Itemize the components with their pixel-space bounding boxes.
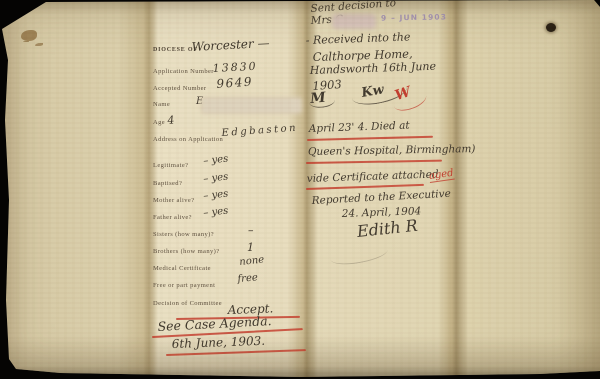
form-label-baptised: Baptised? xyxy=(153,180,182,187)
form-value-baptised: – yes xyxy=(203,171,229,185)
addressee-redaction xyxy=(334,16,374,27)
form-value-accepted-number: 9649 xyxy=(216,74,253,91)
red-underline xyxy=(306,160,442,164)
red-margin-note: aged xyxy=(428,168,454,183)
form-value-payment: free xyxy=(237,272,258,285)
form-label-legitimate: Legitimate? xyxy=(153,162,188,169)
form-value-medical-certificate: none xyxy=(239,254,265,268)
diocese-value: Worcester — xyxy=(191,36,270,54)
death-note-line-3: vide Certificate attached xyxy=(307,168,439,185)
form-label-father-alive: Father alive? xyxy=(153,214,192,221)
form-label-medical-certificate: Medical Certificate xyxy=(153,265,211,272)
signature: Edith R xyxy=(356,216,419,241)
punch-hole xyxy=(546,23,556,32)
paper-sheet: Diocese of Worcester — Application Numbe… xyxy=(0,0,600,379)
form-value-brothers: 1 xyxy=(247,241,254,254)
form-label-age: Age xyxy=(153,119,165,126)
received-line-1: - Received into the xyxy=(306,30,411,47)
name-redaction xyxy=(203,99,300,112)
form-label-sisters: Sisters (how many)? xyxy=(153,231,214,238)
scan-vignette xyxy=(0,0,600,379)
red-underline xyxy=(307,136,433,141)
death-note-line-1: April 23' 4. Died at xyxy=(309,119,410,135)
form-label-address: Address on Application xyxy=(153,136,223,143)
form-value-age: 4 xyxy=(167,113,175,127)
form-value-address: Edgbaston xyxy=(221,123,298,139)
form-label-mother-alive: Mother alive? xyxy=(153,197,194,204)
form-value-father-alive: – yes xyxy=(203,205,229,219)
form-value-sisters: – xyxy=(248,224,254,237)
form-label-name: Name xyxy=(153,101,170,108)
decision-date: 6th June, 1903. xyxy=(172,334,266,351)
pencil-mark xyxy=(329,241,389,268)
form-label-payment: Free or part payment xyxy=(153,282,215,289)
form-label-application-number: Application Number xyxy=(153,68,214,75)
form-label-brothers: Brothers (how many)? xyxy=(153,248,219,255)
ink-stain xyxy=(21,30,37,41)
form-label-accepted-number: Accepted Number xyxy=(153,85,206,92)
form-value-mother-alive: – yes xyxy=(203,188,229,202)
scanned-document: Diocese of Worcester — Application Numbe… xyxy=(0,0,600,379)
form-value-legitimate: – yes xyxy=(203,153,229,167)
reported-line-1: Reported to the Executive xyxy=(311,188,451,207)
form-value-application-number: 13830 xyxy=(212,60,258,75)
death-note-line-2: Queen's Hospital, Birmingham) xyxy=(308,143,476,158)
date-stamp: 9 – JUN 1903 xyxy=(381,12,447,22)
form-label-decision: Decision of Committee xyxy=(153,300,222,307)
